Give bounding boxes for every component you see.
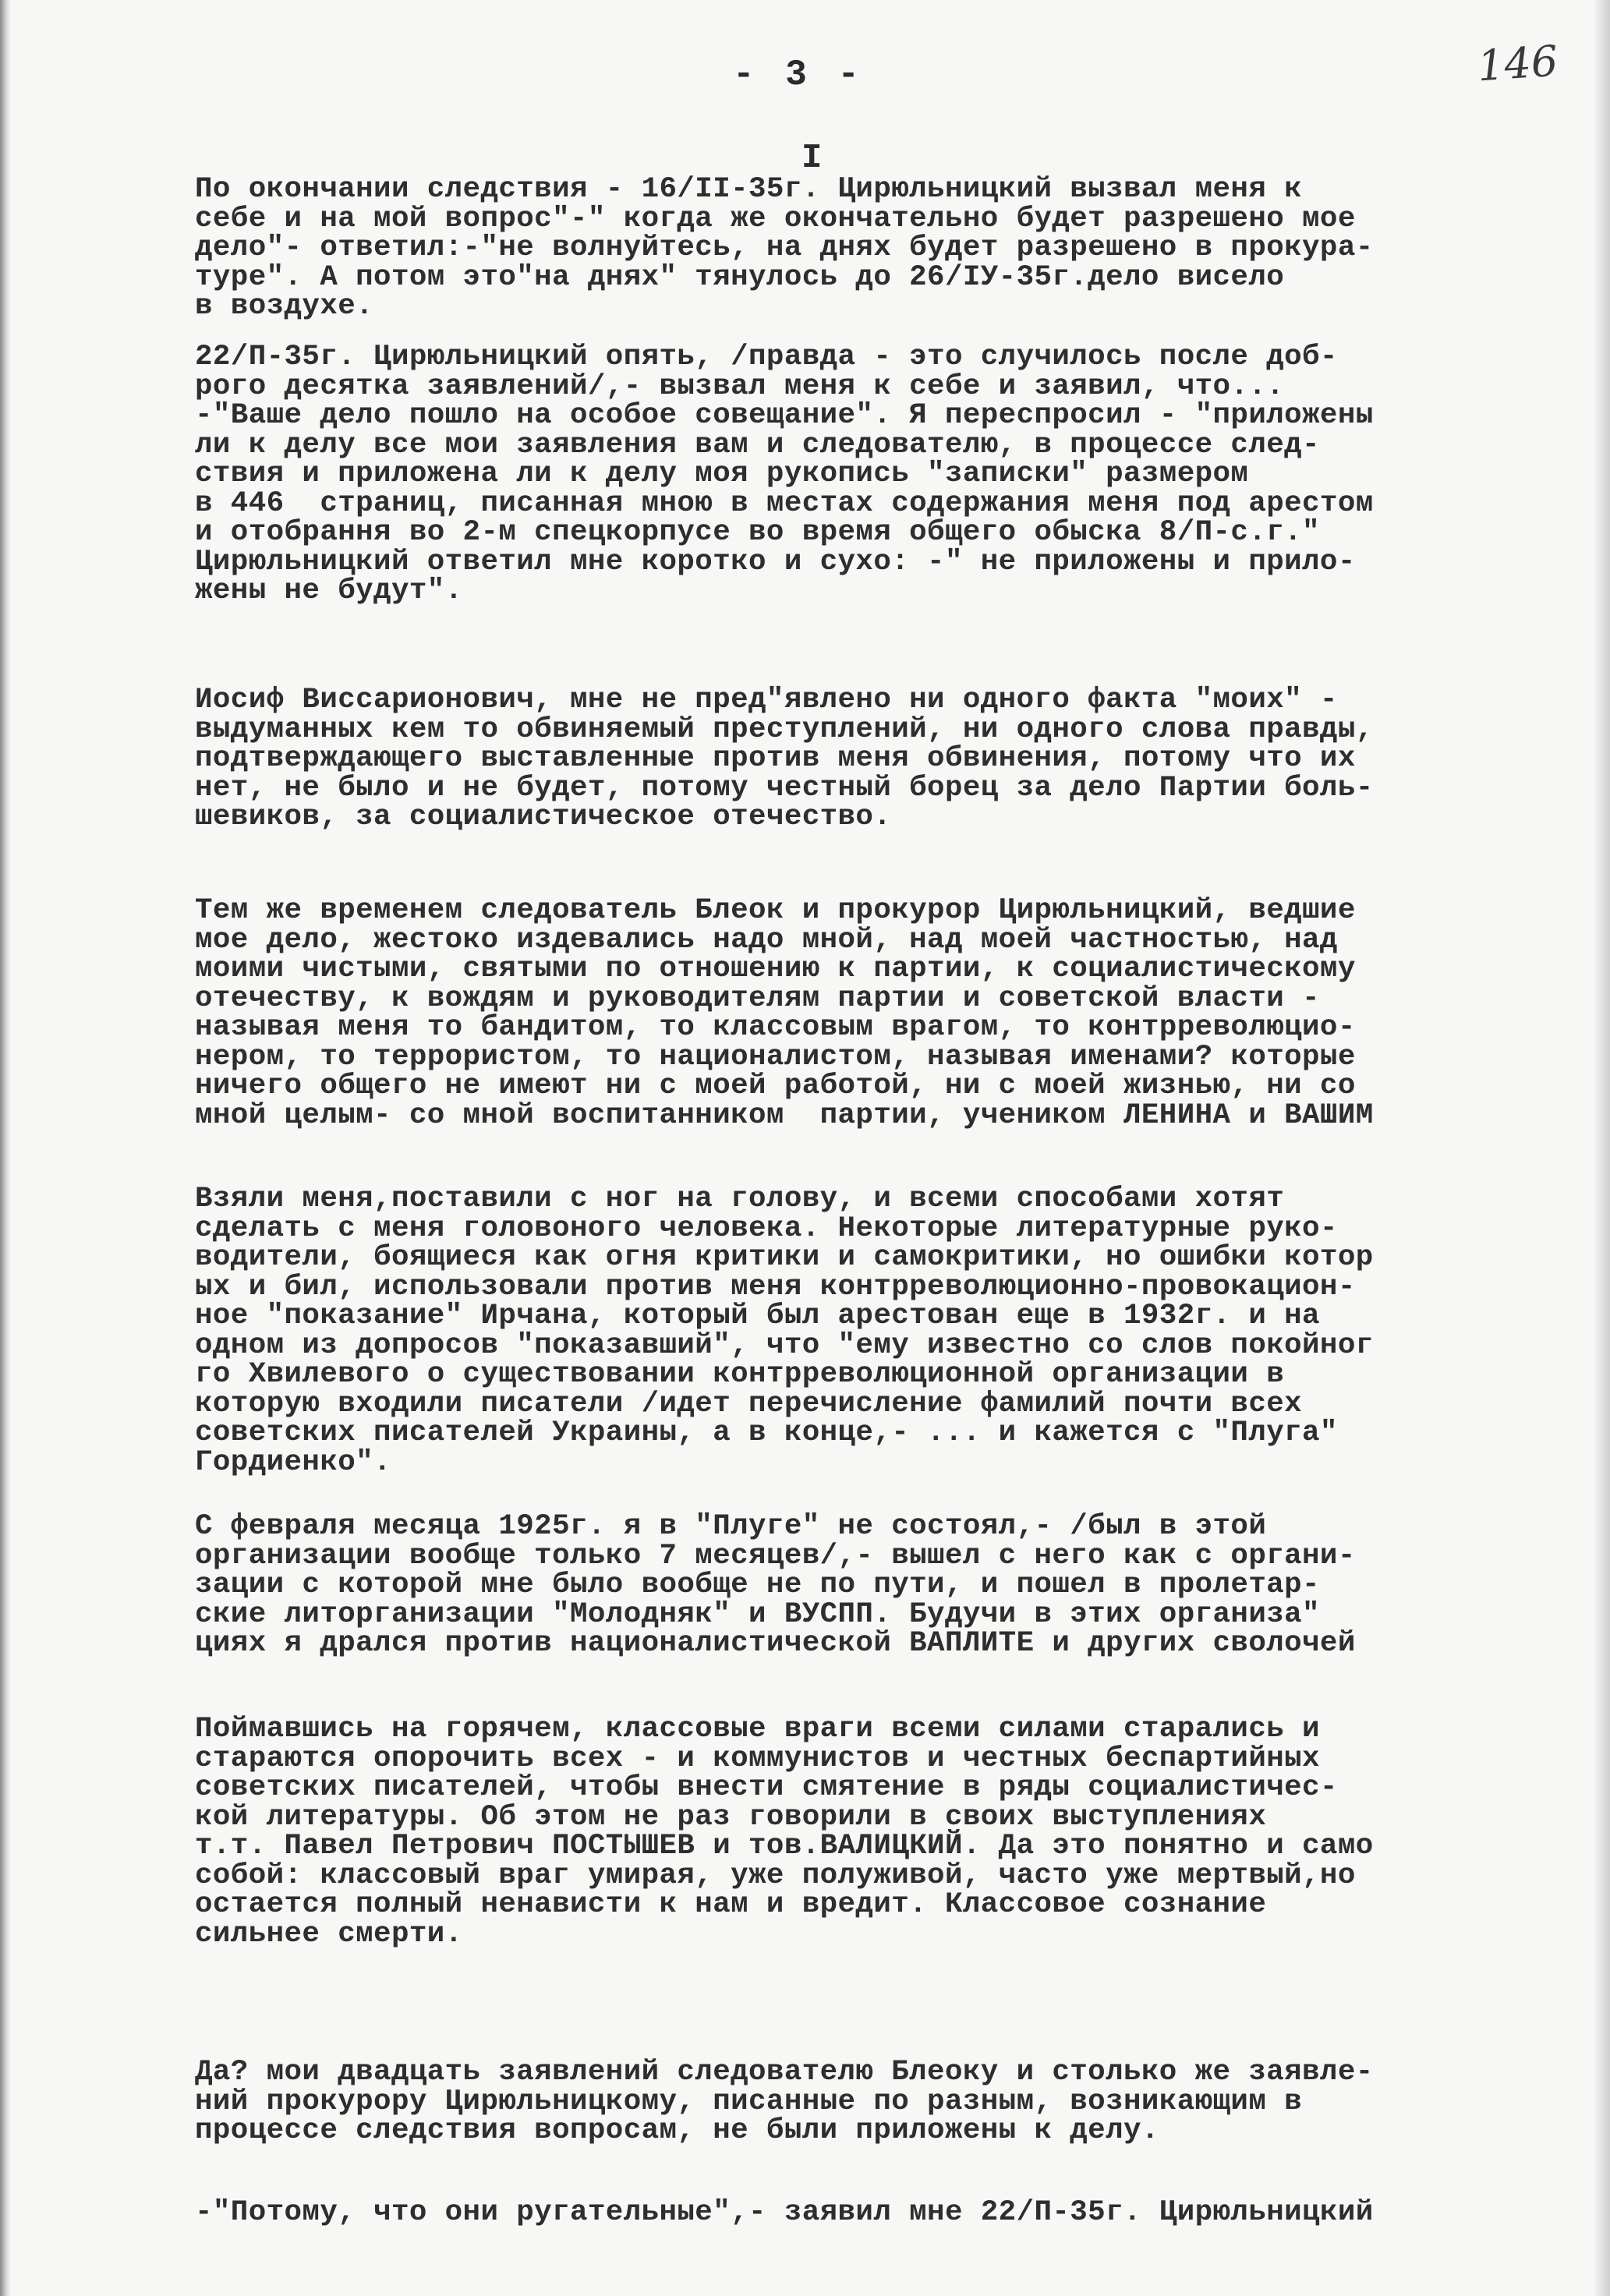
- text-line: ские литорганизации "Молодняк" и ВУСПП. …: [195, 1601, 1356, 1630]
- text-line: выдуманных кем то обвиняемый преступлени…: [195, 716, 1374, 745]
- text-line: сильнее смерти.: [195, 1920, 1374, 1950]
- text-line: советских писателей, чтобы внести смятен…: [195, 1774, 1374, 1803]
- text-line: ых и бил, использовали против меня контр…: [195, 1273, 1374, 1303]
- paragraph: Иосиф Виссарионович, мне не пред"явлено …: [195, 686, 1374, 833]
- text-line: стараются опорочить всех - и коммунистов…: [195, 1745, 1374, 1774]
- text-line: подтверждающего выставленные против меня…: [195, 745, 1374, 774]
- text-line: Иосиф Виссарионович, мне не пред"явлено …: [195, 686, 1374, 716]
- text-line: шевиков, за социалистическое отечество.: [195, 803, 1374, 833]
- text-line: 22/П-35г. Цирюльницкий опять, /правда - …: [195, 343, 1374, 373]
- text-line: остается полный ненависти к нам и вредит…: [195, 1891, 1374, 1920]
- text-line: Взяли меня,поставили с ног на голову, и …: [195, 1185, 1374, 1215]
- page-edge-shadow-right: [1593, 0, 1610, 2296]
- archive-sheet-number: 146: [1476, 36, 1559, 90]
- text-line: Да? мои двадцать заявлений следователю Б…: [195, 2058, 1374, 2088]
- text-line: в воздухе.: [195, 292, 1374, 322]
- paragraph: Тем же временем следователь Блеок и прок…: [195, 897, 1374, 1130]
- text-line: С февраля месяца 1925г. я в "Плуге" не с…: [195, 1512, 1356, 1542]
- text-line: моими чистыми, святыми по отношению к па…: [195, 955, 1374, 985]
- text-line: ний прокурору Цирюльницкому, писанные по…: [195, 2088, 1374, 2117]
- paragraph: -"Потому, что они ругательные",- заявил …: [195, 2199, 1374, 2228]
- text-line: ничего общего не имеют ни с моей работой…: [195, 1072, 1374, 1102]
- text-line: дело"- ответил:-"не волнуйтесь, на днях …: [195, 234, 1374, 264]
- text-line: туре". А потом это"на днях" тянулось до …: [195, 264, 1374, 293]
- text-line: ли к делу все мои заявления вам и следов…: [195, 431, 1374, 461]
- text-line: водители, боящиеся как огня критики и са…: [195, 1244, 1374, 1273]
- text-line: в 446 страниц, писанная мною в местах со…: [195, 490, 1374, 519]
- text-line: отечеству, к вождям и руководителям парт…: [195, 985, 1374, 1014]
- paragraph: С февраля месяца 1925г. я в "Плуге" не с…: [195, 1512, 1356, 1659]
- paragraph: 22/П-35г. Цирюльницкий опять, /правда - …: [195, 343, 1374, 607]
- text-line: называя меня то бандитом, то классовым в…: [195, 1014, 1374, 1043]
- text-line: жены не будут".: [195, 577, 1374, 607]
- section-mark: I: [801, 139, 822, 178]
- text-line: одном из допросов "показавший", что "ему…: [195, 1332, 1374, 1361]
- text-line: Цирюльницкий ответил мне коротко и сухо:…: [195, 548, 1374, 578]
- text-line: мое дело, жестоко издевались надо мной, …: [195, 926, 1374, 956]
- text-line: ствия и приложена ли к делу моя рукопись…: [195, 460, 1374, 490]
- text-line: го Хвилевого о существовании контрреволю…: [195, 1360, 1374, 1390]
- page-edge-shadow-left: [0, 0, 11, 2296]
- text-line: Поймавшись на горячем, классовые враги в…: [195, 1715, 1374, 1745]
- text-line: зации с которой мне было вообще не по пу…: [195, 1571, 1356, 1601]
- text-line: -"Ваше дело пошло на особое совещание". …: [195, 402, 1374, 431]
- text-line: т.т. Павел Петрович ПОСТЫШЕВ и тов.ВАЛИЦ…: [195, 1832, 1374, 1862]
- text-line: циях я дрался против националистической …: [195, 1629, 1356, 1659]
- text-line: Тем же временем следователь Блеок и прок…: [195, 897, 1374, 926]
- text-line: ное "показание" Ирчана, который был арес…: [195, 1302, 1374, 1332]
- text-line: советских писателей Украины, а в конце,-…: [195, 1419, 1374, 1449]
- text-line: и отобрання во 2-м спецкорпусе во время …: [195, 518, 1374, 548]
- paragraph: Поймавшись на горячем, классовые враги в…: [195, 1715, 1374, 1949]
- text-line: себе и на мой вопрос"-" когда же окончат…: [195, 205, 1374, 235]
- text-line: рого десятка заявлений/,- вызвал меня к …: [195, 373, 1374, 402]
- text-line: собой: классовый враг умирая, уже полужи…: [195, 1862, 1374, 1891]
- text-line: организации вообще только 7 месяцев/,- в…: [195, 1542, 1356, 1572]
- paragraph: Взяли меня,поставили с ног на голову, и …: [195, 1185, 1374, 1477]
- text-line: которую входили писатели /идет перечисле…: [195, 1390, 1374, 1420]
- text-line: процессе следствия вопросам, не были при…: [195, 2117, 1374, 2146]
- paragraph: По окончании следствия - 16/II-35г. Цирю…: [195, 175, 1374, 322]
- text-line: Гордиенко".: [195, 1449, 1374, 1478]
- paragraph: Да? мои двадцать заявлений следователю Б…: [195, 2058, 1374, 2146]
- text-line: нет, не было и не будет, потому честный …: [195, 774, 1374, 804]
- text-line: По окончании следствия - 16/II-35г. Цирю…: [195, 175, 1374, 205]
- text-line: кой литературы. Об этом не раз говорили …: [195, 1803, 1374, 1833]
- text-line: нером, то террористом, то националистом,…: [195, 1043, 1374, 1073]
- page-number: - 3 -: [733, 55, 864, 95]
- text-line: -"Потому, что они ругательные",- заявил …: [195, 2199, 1374, 2228]
- text-line: мной целым- со мной воспитанником партии…: [195, 1102, 1374, 1131]
- text-line: сделать с меня головоного человека. Неко…: [195, 1215, 1374, 1244]
